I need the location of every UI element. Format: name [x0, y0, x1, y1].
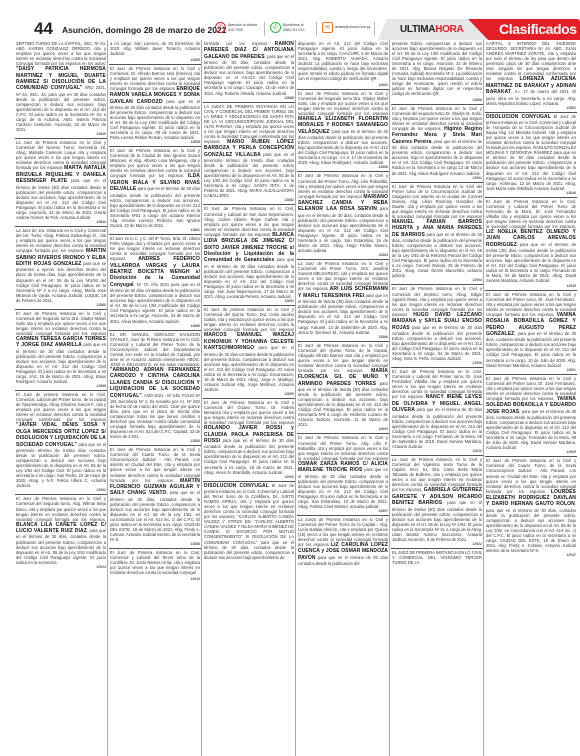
notice-code: 12909: [486, 450, 576, 454]
notice-text: para que en el término de 30 días contad…: [392, 325, 482, 362]
notice-text: , para que en el término de 30 días, con…: [486, 501, 576, 553]
notice-code: 12868: [16, 384, 106, 388]
legal-notice: El Juez de Primera Instancia en lo Civil…: [485, 374, 577, 457]
notice-text: para que en el perentorio término de tre…: [16, 442, 106, 489]
legal-notice: formada por los esposos RAMON PAREDES DI…: [203, 40, 295, 102]
notice-text: para que en el término de treinta (30) d…: [298, 293, 388, 335]
notice-text: para que se presenten a ejercer sus dere…: [16, 261, 106, 303]
column-2: a mi cargo. San Lorenzo, de 30 Diciembre…: [109, 40, 201, 756]
legal-notice: El Juez de Primera Instancia en lo Civil…: [485, 290, 577, 374]
notice-code: 12864: [298, 253, 388, 257]
legal-notice: La Juez de Primera Instancia en lo Civil…: [15, 138, 107, 226]
column-4: dispuesto en el Art. 212 del Código Civi…: [297, 40, 389, 756]
legal-notice: La Juez de 1ra. Instancia en lo Civil y …: [15, 226, 107, 309]
legal-notice: El Juez de Primera Instancia en lo Civil…: [297, 341, 389, 434]
legal-notice: CAPITAL E INTERINO DEL VIGÉSIMO SEGUNDO,…: [485, 40, 577, 112]
notice-text: El Juez de Primera Instancia en lo Civil…: [110, 550, 200, 575]
legal-notice: El Juez de Primera Instancia en lo Civil…: [109, 146, 201, 234]
divider: [264, 22, 265, 36]
column-divider: [201, 40, 202, 756]
brand-logo: ULTIMAHORA: [400, 24, 463, 35]
notice-text: para que en el término de 30 días contad…: [110, 99, 200, 141]
notice-code: 12866: [298, 335, 388, 339]
legal-notice: El Juez de Primera Instancia en lo Civil…: [297, 89, 389, 172]
notice-text: , para que en el término de 30 días, con…: [204, 54, 294, 96]
legal-notice: El Juez de Primera Instancia en lo Civil…: [485, 197, 577, 290]
classifieds-columns: SÉPTIMO TURNO DE LA CAPITAL, SEC. Nº 34,…: [15, 40, 580, 756]
notice-text: a mi cargo. San Lorenzo, de 30 Diciembre…: [110, 41, 200, 56]
notice-code: 12866: [110, 324, 200, 328]
legal-notice: EL DR. MANUEL GERALDO SAHLEDIN STANLEY, …: [109, 330, 201, 446]
notice-code: 12901: [392, 176, 482, 180]
legal-notice: a mi cargo. San Lorenzo, de 30 Diciembre…: [109, 40, 201, 64]
notice-code: 12868: [298, 165, 388, 169]
notice-code: 12835: [16, 132, 106, 136]
notice-text: El Juez de primera Instancia en lo Civil…: [204, 483, 294, 560]
legal-notice: El Juez de Primera Instancia en lo Civil…: [203, 398, 295, 481]
notice-code: 12862: [298, 83, 388, 87]
notice-text: El Juez de primera Instancia en lo Civil…: [486, 114, 576, 191]
legal-notice: presente Edicto comparezcan a deducir su…: [391, 40, 483, 104]
notice-code: 12860: [16, 303, 106, 307]
column-divider: [107, 40, 108, 756]
page-header: 44 Asunción, domingo 28 de marzo de 2021…: [0, 0, 580, 40]
notice-text: para que en el término de treinta (30) d…: [486, 242, 576, 284]
notice-text: , para que en el término de 30 días cont…: [298, 129, 388, 166]
notice-code: 12897: [298, 509, 388, 513]
notice-text: , para que en el término de treinta (30)…: [392, 500, 482, 542]
legal-notice: El Juez de Primera Instancia en lo Civil…: [297, 433, 389, 514]
phone-icon: ✆: [215, 22, 226, 33]
notice-code: 12893: [298, 427, 388, 431]
notice-text: formada por los esposos: [204, 41, 275, 46]
legal-notice: La Jueza de Primera Instancia en lo Civi…: [297, 515, 389, 569]
notice-parties: DISOLUCION CONYUGAL: [204, 483, 269, 489]
legal-notice: El Juez de primera instancia en lo Civil…: [15, 390, 107, 494]
notice-text: , para que en el término de 30 días, con…: [110, 490, 200, 542]
divider: [374, 22, 375, 36]
legal-notice: El Juez de Primera Instancia en lo Civil…: [109, 548, 201, 583]
page-number: 44: [34, 20, 53, 37]
legal-notice: El Juez de Primera Instancia en lo Civil…: [485, 456, 577, 559]
notice-code: 12947: [486, 553, 576, 557]
notice-code: 12891: [204, 299, 294, 303]
notice-text: para que en el término de 30 días contad…: [392, 407, 482, 449]
notice-code: 12885: [110, 439, 200, 443]
legal-notice: El Juez de Primera Instancia en lo Civil…: [109, 64, 201, 147]
divider: [316, 22, 317, 36]
notice-text: para que en el término de treinta (30) d…: [16, 178, 106, 220]
notice-text: El Juez de Primera Instancia en lo Civil…: [298, 91, 388, 116]
notice-code: 12929: [486, 284, 576, 288]
notice-text: El Juez de primera instancia en lo Civil…: [16, 392, 106, 422]
notice-code: 12888: [204, 96, 294, 100]
notice-text: El Juez de Primera Instancia en lo Civil…: [486, 199, 576, 229]
legal-notice: La Juez de Primera Instancia en lo Civil…: [391, 455, 483, 548]
column-divider: [389, 40, 390, 756]
legal-notice: El Juez de Primera Instancia en lo Civil…: [15, 494, 107, 570]
notice-text: EL DR. MANUEL GERALDO SAHLEDIN STANLEY, …: [110, 332, 200, 367]
legal-notice: El Juez en lo C. y C. del 8º Turno, Srta…: [109, 234, 201, 330]
notice-text: para que en el término de 30 días contad…: [16, 342, 106, 384]
notice-text: para que en el término de 30 días contad…: [110, 186, 200, 228]
notice-text: El Juez de Primera Instancia en lo Civil…: [298, 435, 388, 460]
notice-text: , para que en el término de 30 días, con…: [486, 331, 576, 368]
legal-notice: El Juez de Primera Instancia en lo Civil…: [15, 309, 107, 390]
column-3: formada por los esposos RAMON PAREDES DI…: [203, 40, 295, 756]
legal-notice: DISOLUCION CONYUGAL El Juez de primera I…: [485, 112, 577, 197]
notice-text: dispuesto en el Art. 212 del Código Civi…: [298, 41, 388, 81]
notice-code: 12855: [110, 58, 200, 62]
contact-value: avisos@uhora.com.py: [335, 25, 371, 29]
notice-code: 12861: [110, 228, 200, 232]
column-1: SÉPTIMO TURNO DE LA CAPITAL, SEC. Nº 34,…: [15, 40, 107, 756]
notice-text: El Juez de Primera Instancia en lo Civil…: [204, 400, 294, 425]
notice-text: , AÑO 2021 - Nº 145, FOLIO Nº 191 Secret…: [110, 393, 200, 440]
notice-text: , para que en el término de 30 días, con…: [16, 528, 106, 565]
legal-notice: El Juez de primera Instancia en lo Civil…: [203, 305, 295, 398]
notice-code: 12882: [204, 198, 294, 202]
notice-text: , Nº 73, Año 2021 para que en el término…: [110, 282, 200, 324]
contact-whatsapp: ✆ Escribinos al 0981 111 013: [270, 22, 304, 33]
notice-code: 12843: [16, 220, 106, 224]
mail-icon: ✉: [322, 22, 333, 33]
notice-text: CAPITAL E INTERINO DEL VIGÉSIMO SEGUNDO,…: [486, 41, 576, 81]
notice-text: El Juez de Primera Instancia en lo Civil…: [16, 496, 106, 521]
notice-text: EL JUEZ DE PRIMERA INSTANCIA EN LO CIVIL…: [392, 550, 482, 565]
notice-text: para que en el término de 30 días contad…: [204, 345, 294, 392]
notice-text: AÑO 2021, Nº 64, SEC. 34, para que en 30…: [16, 85, 106, 132]
notice-code: 12906: [392, 361, 482, 365]
legal-notice: El Juez de Primera Instancia en lo Civil…: [109, 445, 201, 548]
notice-text: El Juez de Primera Instancia en lo Civil…: [16, 311, 106, 336]
notice-code: 12901: [486, 368, 576, 372]
notice-code: 12910: [110, 577, 200, 581]
notice-code: 12846: [486, 191, 576, 195]
contact-value: 415 7000: [228, 28, 243, 32]
legal-notice: El Juez de Primera Instancia en lo Civil…: [391, 284, 483, 367]
notice-text: , para que en el término de 30 días cont…: [392, 139, 482, 176]
legal-notice: dispuesto en el Art. 212 del Código Civi…: [297, 40, 389, 89]
notice-text: presente Edicto comparezcan a deducir su…: [392, 41, 482, 96]
notice-code: 12924: [16, 565, 106, 569]
notice-text: SÉPTIMO TURNO DE LA CAPITAL, SEC. Nº 34,…: [16, 41, 106, 66]
legal-notice: El Juez de Primera Instancia en lo Civil…: [297, 171, 389, 259]
notice-code: 12895: [204, 392, 294, 396]
notice-text: para que en el término de 30 días contad…: [298, 467, 388, 509]
legal-notice: El Juez de Primera Instancia en lo Civil…: [391, 104, 483, 182]
notice-text: El Juez de primera Instancia en lo Civil…: [204, 307, 294, 332]
legal-notice: El Juez de Primera Instancia en lo Civil…: [391, 182, 483, 285]
column-5: presente Edicto comparezcan a deducir su…: [391, 40, 483, 756]
legal-notice: SÉPTIMO TURNO DE LA CAPITAL, SEC. Nº 34,…: [15, 40, 107, 138]
notice-code: 12852: [486, 106, 576, 110]
column-divider: [295, 40, 296, 756]
column-divider: [483, 40, 484, 756]
notice-text: para que en el término de 30 días contad…: [204, 257, 294, 299]
section-title: Clasificados: [499, 21, 577, 37]
notice-code: 12900: [204, 475, 294, 479]
notice-text: El Juez de Primera Instancia en lo Civil…: [392, 184, 482, 219]
contact-value: 0981 111 013: [283, 28, 304, 32]
notice-code: 12902: [16, 488, 106, 492]
notice-code: 12922: [392, 542, 482, 546]
legal-notice: El Juez de Primera Instancia en lo Civil…: [391, 367, 483, 455]
notice-text: LA JUEZA DE PRIMERA INSTANCIA EN LO CIVI…: [204, 104, 294, 144]
legal-notice: EL JUEZ DE PRIMERA INSTANCIA EN LO CIVIL…: [391, 548, 483, 569]
notice-code: 12858: [110, 140, 200, 144]
notice-text: para que en el término de 30 días, conta…: [392, 232, 482, 279]
notice-code: 12886: [110, 542, 200, 546]
notice-text: para que en el perentorio término de tre…: [204, 152, 294, 199]
legal-notice: El Juez de Primera Instancia en lo Civil…: [203, 204, 295, 305]
brand-banner: ULTIMAHORA Clasificados: [378, 19, 580, 40]
column-6: CAPITAL E INTERINO DEL VIGÉSIMO SEGUNDO,…: [485, 40, 577, 756]
contact-customer-service: ✆ Atención al cliente 415 7000: [215, 22, 257, 33]
notice-parties: DISOLUCION CONYUGAL: [486, 114, 551, 120]
publication-date: Asunción, domingo 28 de marzo de 2021: [62, 25, 226, 35]
legal-notice: LA JUEZA DE PRIMERA INSTANCIA EN LO CIVI…: [203, 102, 295, 205]
legal-notice: La Juez de Primera Instancia en lo Civil…: [297, 259, 389, 340]
notice-code: 12898: [392, 98, 482, 102]
notice-text: , para que en el término de 30 días, con…: [486, 409, 576, 451]
notice-text: para que en el término de 30 días contad…: [204, 438, 294, 475]
notice-text: El Juez de Primera Instancia en lo Civil…: [110, 148, 200, 178]
contact-email: ✉ avisos@uhora.com.py: [322, 22, 371, 33]
notice-text: para que en el término de treinta (30) d…: [298, 381, 388, 428]
legal-notice: DISOLUCION CONYUGAL El Juez de primera I…: [203, 481, 295, 562]
notice-code: 12903: [392, 278, 482, 282]
notice-text: para que en el término de 30 días, conta…: [298, 206, 388, 253]
notice-code: 12910: [392, 449, 482, 453]
whatsapp-icon: ✆: [270, 22, 281, 33]
